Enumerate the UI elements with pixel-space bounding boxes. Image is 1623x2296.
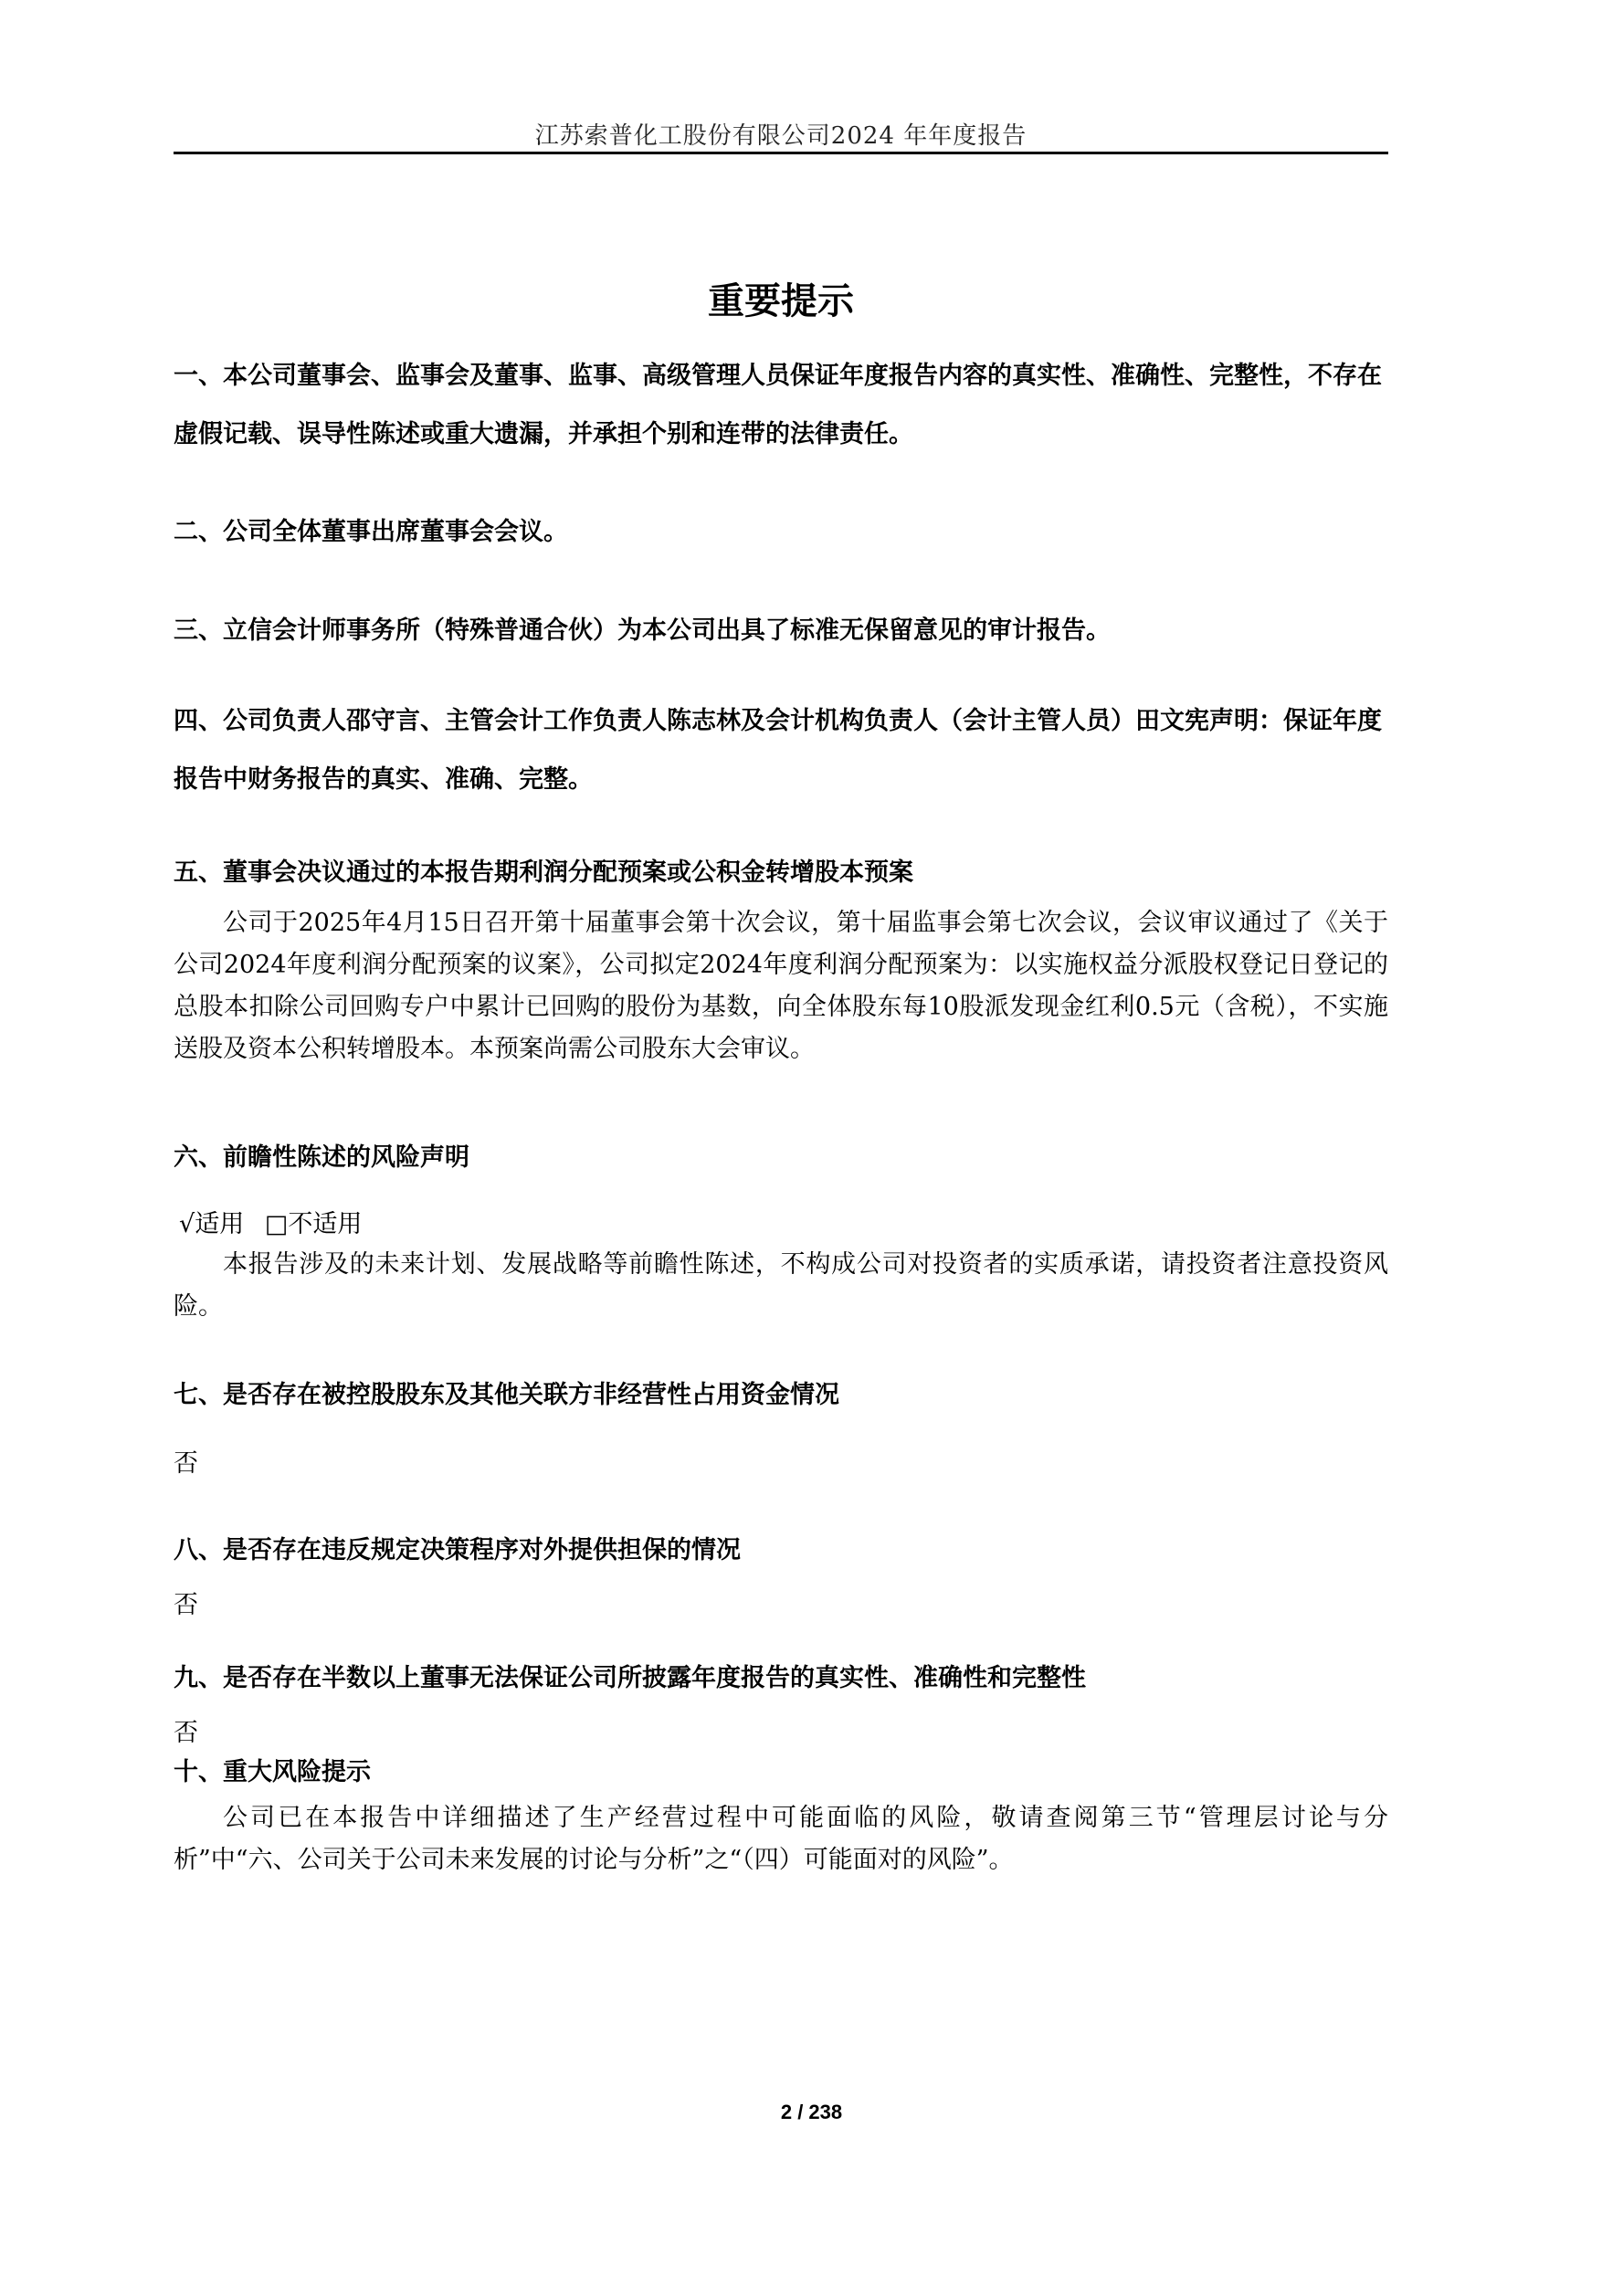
page-title: 重要提示 [174,272,1388,324]
section-3-heading: 三、立信会计师事务所（特殊普通合伙）为本公司出具了标准无保留意见的审计报告。 [174,610,1111,646]
section-4-heading: 四、公司负责人邵守言、主管会计工作负责人陈志林及会计机构负责人（会计主管人员）田… [174,692,1397,809]
applicability-options: √适用 □不适用 [179,1204,374,1239]
applicable-checked-option: √适用 [179,1210,244,1238]
section-7-answer: 否 [174,1443,198,1479]
section-6-body: 本报告涉及的未来计划、发展战略等前瞻性陈述，不构成公司对投资者的实质承诺，请投资… [174,1244,1388,1328]
section-8-heading: 八、是否存在违反规定决策程序对外提供担保的情况 [174,1530,741,1565]
section-9-heading: 九、是否存在半数以上董事无法保证公司所披露年度报告的真实性、准确性和完整性 [174,1658,1086,1693]
section-10-heading: 十、重大风险提示 [174,1752,371,1787]
header-divider [174,152,1388,154]
not-applicable-option: □不适用 [265,1210,363,1238]
running-header: 江苏索普化工股份有限公司2024 年年度报告 [174,117,1388,151]
section-5-heading: 五、董事会决议通过的本报告期利润分配预案或公积金转增股本预案 [174,852,913,888]
section-2-heading: 二、公司全体董事出席董事会会议。 [174,511,568,547]
section-7-heading: 七、是否存在被控股股东及其他关联方非经营性占用资金情况 [174,1374,839,1410]
section-10-body: 公司已在本报告中详细描述了生产经营过程中可能面临的风险，敬请查阅第三节“管理层讨… [174,1797,1388,1881]
section-9-answer: 否 [174,1712,198,1748]
section-1-heading: 一、本公司董事会、监事会及董事、监事、高级管理人员保证年度报告内容的真实性、准确… [174,347,1397,464]
section-5-body: 公司于2025年4月15日召开第十届董事会第十次会议，第十届监事会第七次会议，会… [174,902,1388,1070]
section-6-heading: 六、前瞻性陈述的风险声明 [174,1137,469,1173]
section-8-answer: 否 [174,1585,198,1620]
document-page: 江苏索普化工股份有限公司2024 年年度报告 重要提示 一、本公司董事会、监事会… [0,0,1623,2296]
page-number: 2 / 238 [0,2101,1623,2124]
